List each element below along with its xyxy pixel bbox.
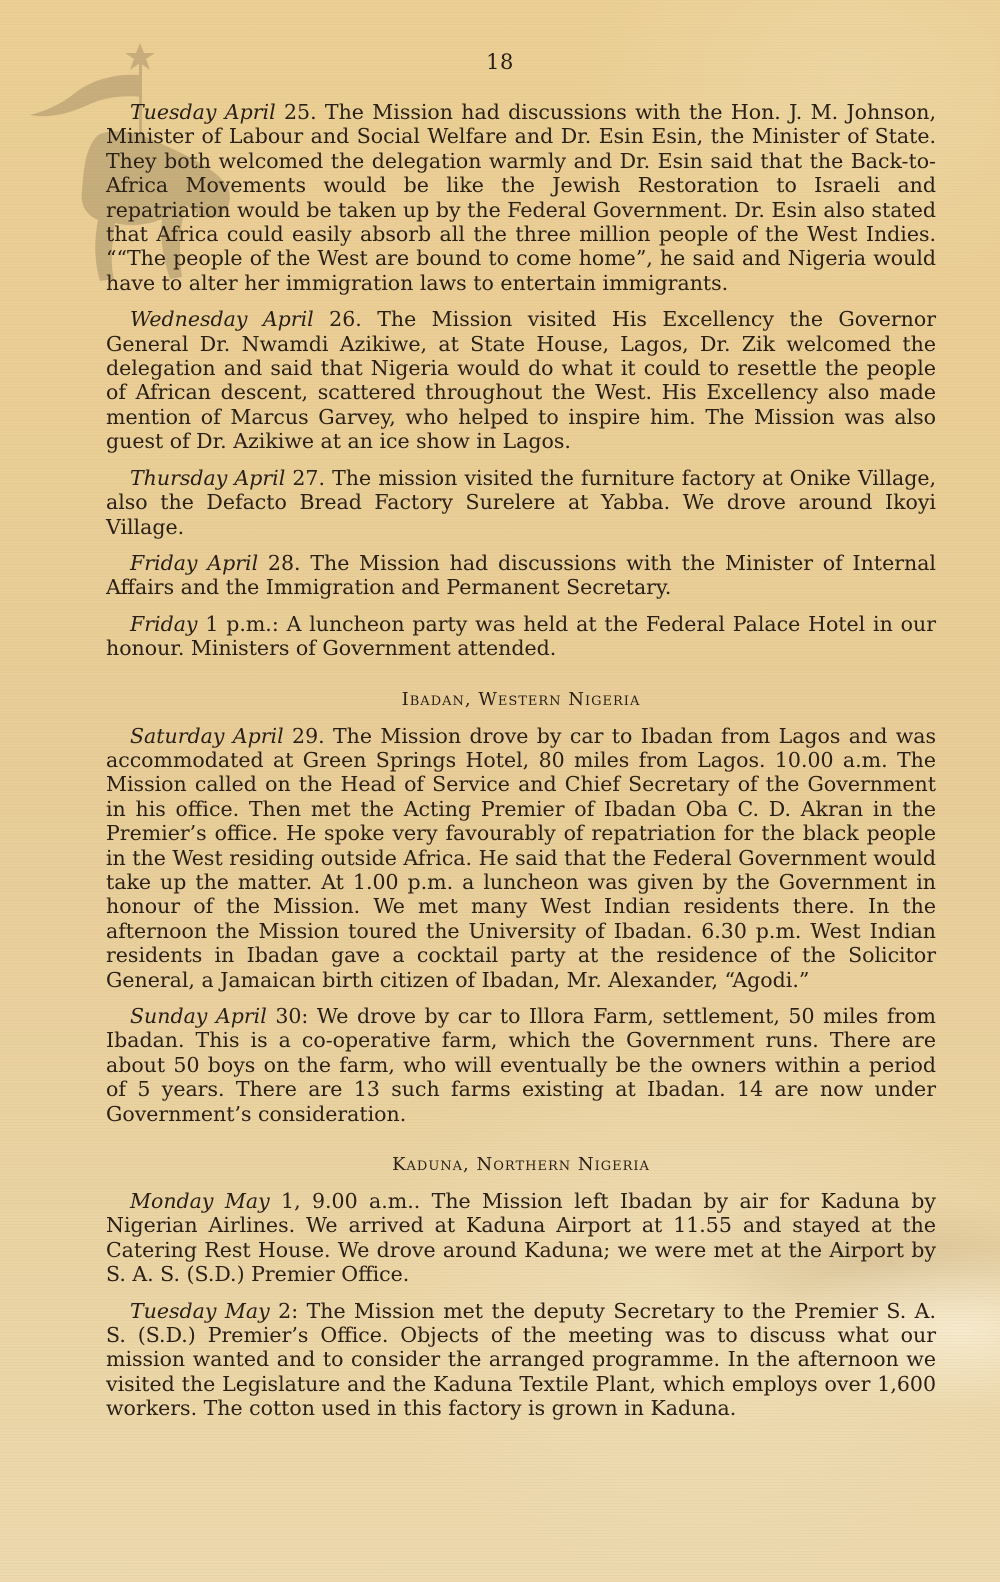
entry-date: Thursday April [130, 466, 285, 490]
section-heading-kaduna: Kaduna, Northern Nigeria [106, 1154, 936, 1175]
entry-day: 26. [314, 307, 362, 331]
entry-day: 1, 9.00 a.m.. [270, 1189, 421, 1213]
entry-date: Sunday April [130, 1004, 267, 1028]
entry-date: Saturday April [130, 724, 284, 748]
diary-entry-friday-1pm: Friday 1 p.m.: A luncheon party was held… [106, 612, 936, 661]
diary-entry-may-1: Monday May 1, 9.00 a.m.. The Mission lef… [106, 1189, 936, 1287]
document-page: 18 Tuesday April 25. The Mission had dis… [0, 0, 1000, 1582]
entry-day: 29. [284, 724, 325, 748]
page-number: 18 [0, 50, 1000, 74]
entry-date: Tuesday May [130, 1299, 270, 1323]
document-body: Tuesday April 25. The Mission had discus… [106, 100, 936, 1433]
diary-entry-april-27: Thursday April 27. The mission visited t… [106, 466, 936, 539]
diary-entry-april-30: Sunday April 30: We drove by car to Illo… [106, 1004, 936, 1126]
entry-text: The Mission had discussions with the Hon… [106, 100, 936, 295]
entry-date: Tuesday April [130, 100, 276, 124]
diary-entry-april-28: Friday April 28. The Mission had discuss… [106, 551, 936, 600]
entry-day: 1 p.m.: [198, 612, 279, 636]
entry-text: The Mission drove by car to Ibadan from … [106, 724, 936, 992]
entry-day: 25. [276, 100, 317, 124]
entry-day: 27. [285, 466, 325, 490]
entry-date: Wednesday April [130, 307, 314, 331]
diary-entry-april-25: Tuesday April 25. The Mission had discus… [106, 100, 936, 295]
entry-date: Monday May [130, 1189, 270, 1213]
entry-date: Friday [130, 612, 198, 636]
entry-day: 28. [258, 551, 300, 575]
entry-date: Friday April [130, 551, 258, 575]
entry-day: 2: [270, 1299, 298, 1323]
section-heading-ibadan: Ibadan, Western Nigeria [106, 689, 936, 710]
entry-day: 30: [267, 1004, 309, 1028]
diary-entry-may-2: Tuesday May 2: The Mission met the deput… [106, 1299, 936, 1421]
diary-entry-april-26: Wednesday April 26. The Mission visited … [106, 307, 936, 453]
diary-entry-april-29: Saturday April 29. The Mission drove by … [106, 724, 936, 992]
